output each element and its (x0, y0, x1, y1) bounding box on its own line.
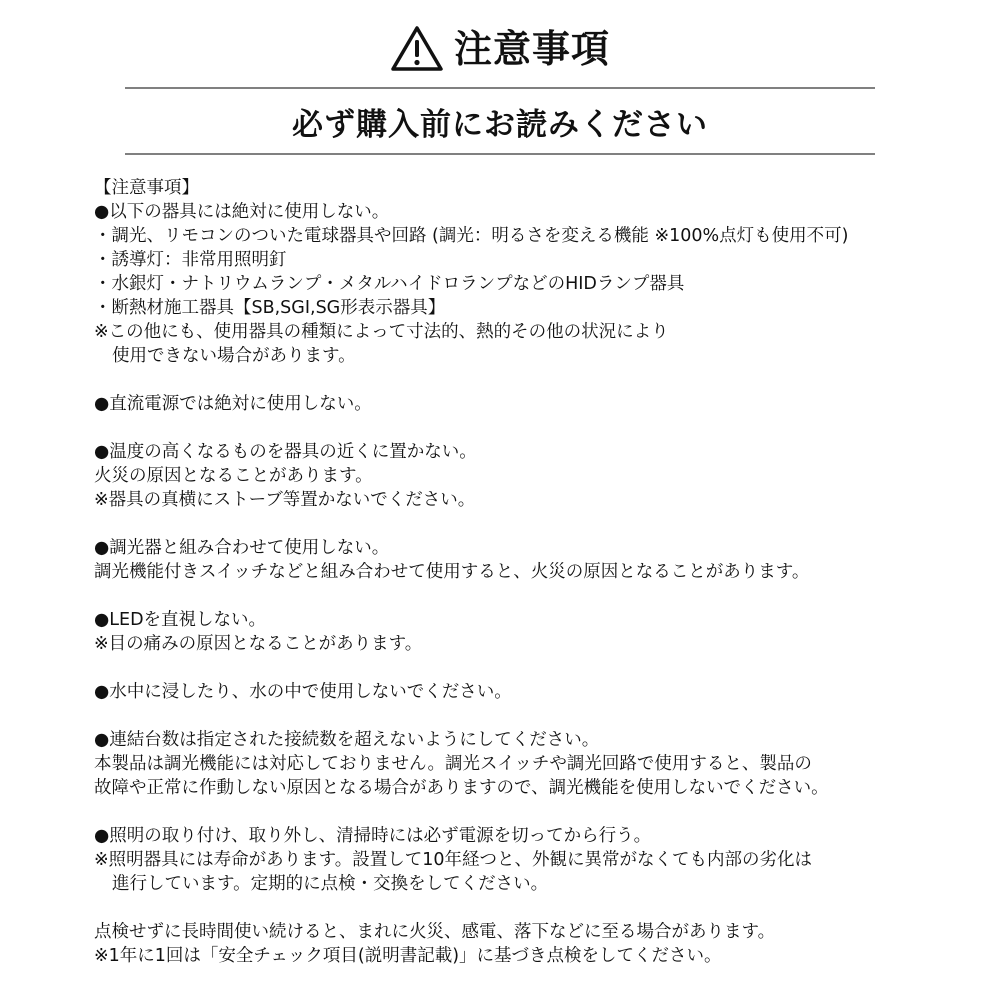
notice-line: 調光機能付きスイッチなどと組み合わせて使用すると、火災の原因となることがあります… (94, 560, 974, 584)
spacer (94, 656, 974, 680)
spacer (94, 368, 974, 392)
notice-body: 【注意事項】 ●以下の器具には絶対に使用しない。 ・調光、リモコンのついた電球器… (94, 176, 974, 968)
notice-section-led-eyes: ●LEDを直視しない。 ※目の痛みの原因となることがあります。 (94, 608, 974, 656)
divider-top (125, 87, 875, 89)
divider-bottom (125, 153, 875, 155)
notice-line: ●水中に浸したり、水の中で使用しないでください。 (94, 680, 974, 704)
notice-section-heat: ●温度の高くなるものを器具の近くに置かない。 火災の原因となることがあります。 … (94, 440, 974, 512)
notice-line: 火災の原因となることがあります。 (94, 464, 974, 488)
spacer (94, 704, 974, 728)
notice-line: ●LEDを直視しない。 (94, 608, 974, 632)
notes-heading: 【注意事項】 (94, 176, 974, 200)
notice-line: ※目の痛みの原因となることがあります。 (94, 632, 974, 656)
notice-section-maintenance: ●照明の取り付け、取り外し、清掃時には必ず電源を切ってから行う。 ※照明器具には… (94, 824, 974, 896)
spacer (94, 416, 974, 440)
notice-line: ●照明の取り付け、取り外し、清掃時には必ず電源を切ってから行う。 (94, 824, 974, 848)
notice-line: 進行しています。定期的に点検・交換をしてください。 (94, 872, 974, 896)
notice-line: ・断熱材施工器具【SB,SGI,SG形表示器具】 (94, 296, 974, 320)
notice-line: ※1年に1回は「安全チェック項目(説明書記載)」に基づき点検をしてください。 (94, 944, 974, 968)
notice-line: ・誘導灯：非常用照明釘 (94, 248, 974, 272)
notice-section-dc-power: ●直流電源では絶対に使用しない。 (94, 392, 974, 416)
notice-line: ・水銀灯・ナトリウムランプ・メタルハイドロランプなどのHIDランプ器具 (94, 272, 974, 296)
notice-section-water: ●水中に浸したり、水の中で使用しないでください。 (94, 680, 974, 704)
notice-line: 本製品は調光機能には対応しておりません。調光スイッチや調光回路で使用すると、製品… (94, 752, 974, 776)
notice-line: ●以下の器具には絶対に使用しない。 (94, 200, 974, 224)
spacer (94, 896, 974, 920)
notice-line: ・調光、リモコンのついた電球器具や回路 (調光：明るさを変える機能 ※100%点… (94, 224, 974, 248)
notice-section-dimmer: ●調光器と組み合わせて使用しない。 調光機能付きスイッチなどと組み合わせて使用す… (94, 536, 974, 584)
notice-line: ※この他にも、使用器具の種類によって寸法的、熱的その他の状況により (94, 320, 974, 344)
notice-line: ※照明器具には寿命があります。設置して10年経つと、外観に異常がなくても内部の劣… (94, 848, 974, 872)
notice-section-prohibited-fixtures: ●以下の器具には絶対に使用しない。 ・調光、リモコンのついた電球器具や回路 (調… (94, 200, 974, 368)
notice-line: ※器具の真横にストーブ等置かないでください。 (94, 488, 974, 512)
warning-triangle-icon (390, 25, 444, 73)
notice-line: ●温度の高くなるものを器具の近くに置かない。 (94, 440, 974, 464)
notice-line: 故障や正常に作動しない原因となる場合がありますので、調光機能を使用しないでくださ… (94, 776, 974, 800)
notice-line: 使用できない場合があります。 (94, 344, 974, 368)
page-title-row: 注意事項 (0, 22, 1000, 76)
notice-line: ●直流電源では絶対に使用しない。 (94, 392, 974, 416)
notice-section-inspection: 点検せずに長時間使い続けると、まれに火災、感電、落下などに至る場合があります。 … (94, 920, 974, 968)
notice-section-connections: ●連結台数は指定された接続数を超えないようにしてください。 本製品は調光機能には… (94, 728, 974, 800)
page-subtitle: 必ず購入前にお読みください (0, 100, 1000, 150)
page-title: 注意事項 (454, 22, 610, 76)
spacer (94, 800, 974, 824)
notice-line: 点検せずに長時間使い続けると、まれに火災、感電、落下などに至る場合があります。 (94, 920, 974, 944)
spacer (94, 512, 974, 536)
notice-line: ●調光器と組み合わせて使用しない。 (94, 536, 974, 560)
notice-line: ●連結台数は指定された接続数を超えないようにしてください。 (94, 728, 974, 752)
spacer (94, 584, 974, 608)
